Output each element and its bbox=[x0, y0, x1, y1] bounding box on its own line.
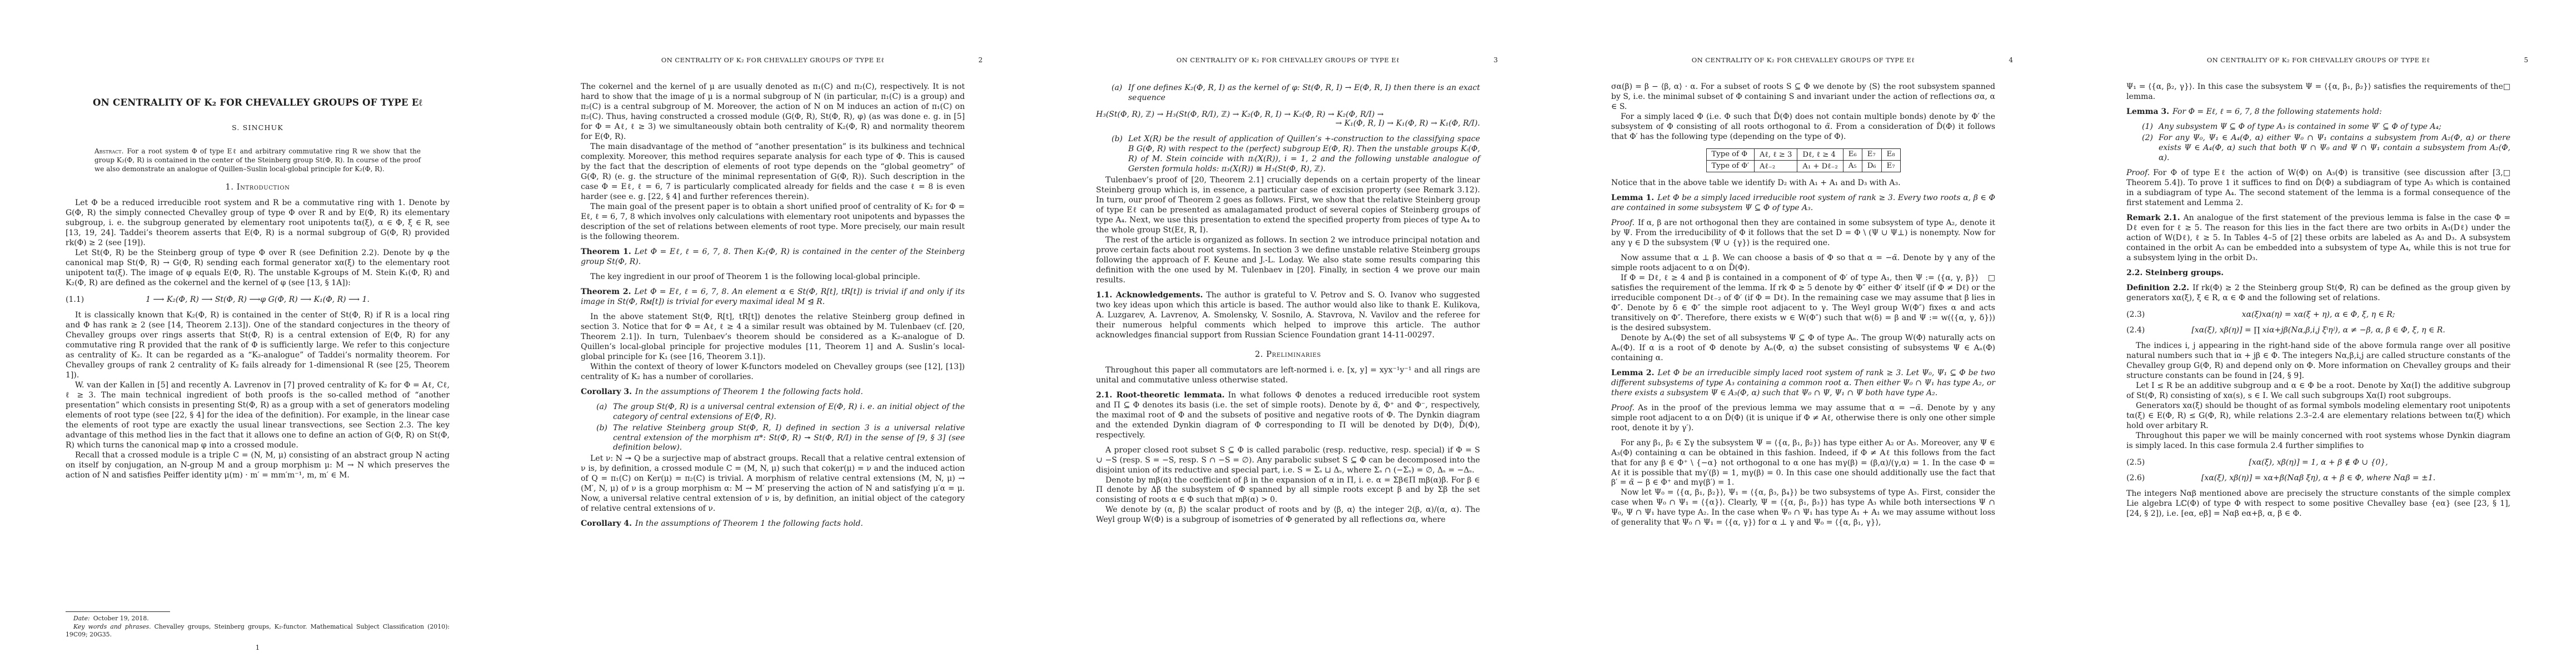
table-cell: Aℓ₋₂ bbox=[1755, 160, 1797, 172]
list-item-label: (1) bbox=[2142, 122, 2159, 132]
proof-label: Proof. bbox=[2126, 168, 2150, 177]
displayed-equation: (2.6)[xα(ξ), xβ(η)] = xα+β(Nαβ ξη), α + … bbox=[2126, 474, 2510, 482]
table-cell: A₅ bbox=[1843, 160, 1862, 172]
paragraph: Recall that a crossed module is a triple… bbox=[66, 451, 450, 481]
table-cell: E₇ bbox=[1862, 148, 1881, 160]
paragraph-text: σα(β) = β − ⟨β, α⟩ · α. For a subset of … bbox=[1611, 82, 1995, 111]
author-name: S. SINCHUK bbox=[66, 123, 450, 132]
page-number: 2 bbox=[978, 56, 983, 64]
table-cell: E₇ bbox=[1881, 160, 1900, 172]
list-item-label: (b) bbox=[1112, 135, 1128, 175]
proof-text: For Φ of type Eℓ the action of W(Φ) on A… bbox=[2126, 168, 2510, 207]
footnote-rule bbox=[66, 611, 170, 612]
paragraph: The indices i, j appearing in the right-… bbox=[2126, 341, 2510, 381]
paragraph: Notice that in the above table we identi… bbox=[1611, 178, 1995, 188]
paragraph-text: Recall that a crossed module is a triple… bbox=[66, 451, 450, 480]
equation-body: [xα(ξ), xβ(η)] = 1, α + β ∉ Φ ∪ {0}, bbox=[2126, 458, 2510, 467]
paragraph-text: For a simply laced Φ (i.e. Φ such that D… bbox=[1611, 112, 1995, 141]
paragraph-text: Now let Ψ₀ = ⟨{α, β₁, β₂}⟩, Ψ₁ = ⟨{α, β₃… bbox=[1611, 488, 1995, 527]
running-title: ON CENTRALITY OF K₂ FOR CHEVALLEY GROUPS… bbox=[1114, 56, 1462, 64]
paragraph: Within the context of theory of lower K-… bbox=[581, 362, 965, 382]
type-table-wrap: Type of ΦAℓ, ℓ ≥ 3Dℓ, ℓ ≥ 4E₆E₇E₈Type of… bbox=[1611, 148, 1995, 172]
paragraph-text: The key ingredient in our proof of Theor… bbox=[590, 272, 920, 281]
table-cell: D₆ bbox=[1862, 160, 1881, 172]
theorem-text: An analogue of the first statement of th… bbox=[2126, 213, 2510, 262]
theorem-text: For Φ = Eℓ, ℓ = 6, 7, 8 the following st… bbox=[2173, 107, 2382, 116]
theorem-label: Corollary 4. bbox=[581, 519, 632, 528]
paragraph: The integers Nαβ mentioned above are pre… bbox=[2126, 489, 2510, 519]
paragraph: Throughout this paper we will be mainly … bbox=[2126, 431, 2510, 451]
paragraph-text: Within the context of theory of lower K-… bbox=[581, 362, 965, 381]
theorem-label: Lemma 3. bbox=[2126, 107, 2169, 116]
paragraph: Let Φ be a reduced irreducible root syst… bbox=[66, 198, 450, 248]
running-title: ON CENTRALITY OF K₂ FOR CHEVALLEY GROUPS… bbox=[1629, 56, 1977, 64]
table-cell: Type of Φ′ bbox=[1706, 160, 1755, 172]
theorem: Remark 2.1.An analogue of the first stat… bbox=[2126, 213, 2510, 263]
theorem: Definition 2.2.If rk(Φ) ≥ 2 the Steinber… bbox=[2126, 283, 2510, 303]
paragraph: Tulenbaev’s proof of [20, Theorem 2.1] c… bbox=[1096, 176, 1480, 236]
paragraph: For a simply laced Φ (i.e. Φ such that D… bbox=[1611, 112, 1995, 142]
paragraph: The key ingredient in our proof of Theor… bbox=[581, 272, 965, 282]
paragraph-text: Let ν: N ↠ Q be a surjective map of abst… bbox=[581, 454, 965, 513]
abstract-label: Abstract. bbox=[94, 147, 123, 155]
theorem: Lemma 1.Let Φ be a simply laced irreduci… bbox=[1611, 193, 1995, 213]
page-body: (a)If one defines K₂(Φ, R, I) as the ker… bbox=[1096, 82, 1480, 667]
paragraph-text: Let St(Φ, R) be the Steinberg group of t… bbox=[66, 248, 450, 287]
paragraph: Generators xα(ξ) should be thought of as… bbox=[2126, 401, 2510, 431]
equation-line: → K₁(Φ, R, I) → K₁(Φ, R) → K₁(Φ, R/I). bbox=[1096, 119, 1480, 128]
qed-tombstone: □ bbox=[1979, 273, 1995, 283]
paragraph-text: Generators xα(ξ) should be thought of as… bbox=[2126, 401, 2510, 430]
paragraph: We denote by (α, β) the scalar product o… bbox=[1096, 505, 1480, 525]
qed-tombstone: □ bbox=[2503, 168, 2510, 178]
page-4: ON CENTRALITY OF K₂ FOR CHEVALLEY GROUPS… bbox=[1546, 0, 2061, 667]
paragraph: For any β₁, β₂ ∈ Σγ the subsystem Ψ = ⟨{… bbox=[1611, 439, 1995, 489]
list-item-text: Let X(R) be the result of application of… bbox=[1128, 135, 1480, 175]
paragraph: A proper closed root subset S ⊆ Φ is cal… bbox=[1096, 446, 1480, 476]
type-table: Type of ΦAℓ, ℓ ≥ 3Dℓ, ℓ ≥ 4E₆E₇E₈Type of… bbox=[1706, 148, 1901, 172]
footnote-line: Key words and phrases.Chevalley groups, … bbox=[66, 623, 450, 639]
equation-number: (2.3) bbox=[2126, 310, 2145, 319]
table-cell: Dℓ, ℓ ≥ 4 bbox=[1797, 148, 1843, 160]
paragraph-text: Let Φ be a reduced irreducible root syst… bbox=[66, 198, 450, 247]
page-2: ON CENTRALITY OF K₂ FOR CHEVALLEY GROUPS… bbox=[515, 0, 1030, 667]
displayed-equation: (1.1)1 ⟶ K₂(Φ, R) ⟶ St(Φ, R) ⟶φ G(Φ, R) … bbox=[66, 295, 450, 304]
paragraph: It is classically known that K₂(Φ, R) is… bbox=[66, 311, 450, 381]
document-canvas: arXiv:1502.02463v3 [math.GR] 14 Oct 2016… bbox=[0, 0, 2576, 667]
table-cell: Type of Φ bbox=[1706, 148, 1755, 160]
displayed-equation: (2.3)xα(ξ)xα(η) = xα(ξ + η), α ∈ Φ, ξ, η… bbox=[2126, 310, 2510, 319]
list-item: (b)The relative Steinberg group St(Φ, R,… bbox=[596, 424, 965, 454]
table-cell: Aℓ, ℓ ≥ 3 bbox=[1755, 148, 1797, 160]
proof: □Proof.For Φ of type Eℓ the action of W(… bbox=[2126, 168, 2510, 208]
equation-number: (1.1) bbox=[66, 295, 84, 304]
theorem-label: Definition 2.2. bbox=[2126, 283, 2189, 292]
theorem-label: Corollary 3. bbox=[581, 387, 632, 396]
theorem: Lemma 3.For Φ = Eℓ, ℓ = 6, 7, 8 the foll… bbox=[2126, 107, 2510, 117]
footnote-line: Date:October 19, 2018. bbox=[66, 615, 450, 623]
paragraph: σα(β) = β − ⟨β, α⟩ · α. For a subset of … bbox=[1611, 82, 1995, 112]
paragraph-text: Denote by Aₙ(Φ) the set of all subsystem… bbox=[1611, 333, 1995, 362]
table-cell: A₁ + Dℓ₋₂ bbox=[1797, 160, 1843, 172]
paragraph: Throughout this paper all commutators ar… bbox=[1096, 366, 1480, 386]
paragraph-text: We denote by (α, β) the scalar product o… bbox=[1096, 505, 1480, 524]
theorem-label: Lemma 1. bbox=[1611, 193, 1654, 202]
list-item: (1)Any subsystem Ψ ⊆ Φ of type A₃ is con… bbox=[2142, 122, 2510, 132]
list-item-label: (a) bbox=[596, 402, 613, 422]
page-3: ON CENTRALITY OF K₂ FOR CHEVALLEY GROUPS… bbox=[1030, 0, 1546, 667]
theorem: Theorem 2.Let Φ = Eℓ, ℓ = 6, 7, 8. An el… bbox=[581, 287, 965, 307]
equation-body: [xα(ξ), xβ(η)] = ∏ xiα+jβ(Nα,β,i,j ξⁱηʲ)… bbox=[2126, 326, 2510, 335]
equation-body: xα(ξ)xα(η) = xα(ξ + η), α ∈ Φ, ξ, η ∈ R; bbox=[2126, 310, 2510, 319]
theorem-text: Let Φ = Eℓ, ℓ = 6, 7, 8. An element α ∈ … bbox=[581, 287, 965, 306]
paragraph: Let ν: N ↠ Q be a surjective map of abst… bbox=[581, 454, 965, 514]
paragraph-text: In the above statement St(Φ, R[t], tR[t]… bbox=[581, 312, 965, 361]
abstract: Abstract.For a root system Φ of type Eℓ … bbox=[94, 147, 421, 173]
running-title: ON CENTRALITY OF K₂ FOR CHEVALLEY GROUPS… bbox=[2144, 56, 2493, 64]
list-item-text: For any Ψ₀, Ψ₁ ∈ A₄(Φ, α) either Ψ₀ ∩ Ψ₁… bbox=[2159, 133, 2510, 163]
displayed-equation: H₃(St(Φ, R), ℤ) → H₃(St(Φ, R/I), ℤ) → K₂… bbox=[1096, 110, 1480, 128]
paragraph-text: Ψ₁ = ⟨{α, β₂, γ}⟩. In this case the subs… bbox=[2126, 82, 2503, 101]
paragraph: The main goal of the present paper is to… bbox=[581, 202, 965, 242]
table-cell: E₆ bbox=[1843, 148, 1862, 160]
footnote-text: October 19, 2018. bbox=[93, 615, 149, 622]
list-item-text: The group St(Φ, R) is a universal centra… bbox=[613, 402, 965, 422]
paragraph-text: Throughout this paper we will be mainly … bbox=[2126, 431, 2510, 450]
theorem-label: Theorem 1. bbox=[581, 247, 631, 256]
abstract-text: For a root system Φ of type Eℓ and arbit… bbox=[94, 147, 421, 173]
paragraph-text: A proper closed root subset S ⊆ Φ is cal… bbox=[1096, 446, 1480, 475]
table-row: Type of ΦAℓ, ℓ ≥ 3Dℓ, ℓ ≥ 4E₆E₇E₈ bbox=[1706, 148, 1900, 160]
list-item-text: Any subsystem Ψ ⊆ Φ of type A₃ is contai… bbox=[2159, 122, 2510, 132]
page-1: ON CENTRALITY OF K₂ FOR CHEVALLEY GROUPS… bbox=[0, 0, 515, 667]
theorem-text: In the assumptions of Theorem 1 the foll… bbox=[635, 387, 863, 396]
equation-body: [xα(ξ), xβ(η)] = xα+β(Nαβ ξη), α + β ∈ Φ… bbox=[2126, 474, 2510, 482]
list-item: (a)The group St(Φ, R) is a universal cen… bbox=[596, 402, 965, 422]
page-body: The cokernel and the kernel of μ are usu… bbox=[581, 82, 965, 667]
page-number: 1 bbox=[256, 644, 260, 651]
qed-tombstone: □ bbox=[2503, 82, 2510, 92]
paragraph-text: Notice that in the above table we identi… bbox=[1611, 178, 1901, 187]
list-item-text: The relative Steinberg group St(Φ, R, I)… bbox=[613, 424, 965, 454]
theorem: Lemma 2.Let Φ be an irreducible simply l… bbox=[1611, 369, 1995, 399]
section-heading: 1. Introduction bbox=[66, 183, 450, 192]
theorem-label: Lemma 2. bbox=[1611, 369, 1655, 377]
proof-label: Proof. bbox=[1611, 218, 1635, 227]
section-heading: 2. Preliminaries bbox=[1096, 350, 1480, 359]
theorem: Corollary 4.In the assumptions of Theore… bbox=[581, 519, 965, 529]
subsection-label: 2.1. Root-theoretic lemmata. bbox=[1096, 391, 1225, 400]
footnote-lead: Key words and phrases. bbox=[73, 623, 151, 630]
paragraph-text: It is classically known that K₂(Φ, R) is… bbox=[66, 311, 450, 380]
paragraph-text: The integers Nαβ mentioned above are pre… bbox=[2126, 489, 2510, 518]
subsection-label: 2.2. Steinberg groups. bbox=[2126, 268, 2224, 277]
proof: Proof.As in the proof of the previous le… bbox=[1611, 404, 1995, 434]
paragraph: Denote by Aₙ(Φ) the set of all subsystem… bbox=[1611, 333, 1995, 364]
paragraph: □If Φ = Dℓ, ℓ ≥ 4 and β is contained in … bbox=[1611, 273, 1995, 333]
paragraph-text: The main goal of the present paper is to… bbox=[581, 202, 965, 241]
proof-text: As in the proof of the previous lemma we… bbox=[1611, 404, 1995, 432]
paragraph-text: Tulenbaev’s proof of [20, Theorem 2.1] c… bbox=[1096, 176, 1480, 235]
paragraph: In the above statement St(Φ, R[t], tR[t]… bbox=[581, 312, 965, 362]
page-number: 4 bbox=[2009, 56, 2013, 64]
list-item-label: (2) bbox=[2142, 133, 2159, 163]
paragraph-text: Now assume that α ⊥ β. We can choose a b… bbox=[1611, 253, 1995, 272]
paragraph-text: The main disadvantage of the method of “… bbox=[581, 142, 965, 201]
footnote-lead: Date: bbox=[73, 615, 90, 622]
footnote: Date:October 19, 2018.Key words and phra… bbox=[66, 611, 450, 639]
table-cell: E₈ bbox=[1881, 148, 1900, 160]
paragraph: The cokernel and the kernel of μ are usu… bbox=[581, 82, 965, 142]
paragraph: Now let Ψ₀ = ⟨{α, β₁, β₂}⟩, Ψ₁ = ⟨{α, β₃… bbox=[1611, 488, 1995, 528]
running-title: ON CENTRALITY OF K₂ FOR CHEVALLEY GROUPS… bbox=[599, 56, 947, 64]
theorem: Theorem 1.Let Φ = Eℓ, ℓ = 6, 7, 8. Then … bbox=[581, 247, 965, 267]
page-body: ON CENTRALITY OF K₂ FOR CHEVALLEY GROUPS… bbox=[66, 82, 450, 667]
theorem-text: Let Φ be an irreducible simply laced roo… bbox=[1611, 369, 1995, 397]
subsection-heading: 2.1. Root-theoretic lemmata.In what foll… bbox=[1096, 391, 1480, 441]
equation-body: 1 ⟶ K₂(Φ, R) ⟶ St(Φ, R) ⟶φ G(Φ, R) ⟶ K₁(… bbox=[66, 295, 450, 304]
paragraph: Let I ≤ R be an additive subgroup and α … bbox=[2126, 381, 2510, 401]
displayed-equation: (2.4)[xα(ξ), xβ(η)] = ∏ xiα+jβ(Nα,β,i,j … bbox=[2126, 326, 2510, 335]
equation-number: (2.4) bbox=[2126, 326, 2145, 335]
paragraph: W. van der Kallen in [5] and recently A.… bbox=[66, 381, 450, 451]
theorem-text: Let Φ = Eℓ, ℓ = 6, 7, 8. Then K₂(Φ, R) i… bbox=[581, 247, 965, 266]
paragraph-text: For any β₁, β₂ ∈ Σγ the subsystem Ψ = ⟨{… bbox=[1611, 439, 1995, 487]
paragraph-text: W. van der Kallen in [5] and recently A.… bbox=[66, 381, 450, 450]
theorem-label: Remark 2.1. bbox=[2126, 213, 2180, 222]
theorem-text: In the assumptions of Theorem 1 the foll… bbox=[635, 519, 863, 528]
list-item: (a)If one defines K₂(Φ, R, I) as the ker… bbox=[1112, 83, 1480, 103]
page-5: ON CENTRALITY OF K₂ FOR CHEVALLEY GROUPS… bbox=[2061, 0, 2576, 667]
theorem: Corollary 3.In the assumptions of Theore… bbox=[581, 387, 965, 397]
paragraph: The main disadvantage of the method of “… bbox=[581, 142, 965, 202]
paragraph-text: Throughout this paper all commutators ar… bbox=[1096, 366, 1480, 385]
paragraph: □Ψ₁ = ⟨{α, β₂, γ}⟩. In this case the sub… bbox=[2126, 82, 2510, 102]
paragraph-text: The indices i, j appearing in the right-… bbox=[2126, 341, 2510, 380]
equation-number: (2.5) bbox=[2126, 458, 2145, 467]
paragraph-text: The cokernel and the kernel of μ are usu… bbox=[581, 82, 965, 141]
paragraph: Let St(Φ, R) be the Steinberg group of t… bbox=[66, 248, 450, 288]
list-item: (b)Let X(R) be the result of application… bbox=[1112, 135, 1480, 175]
proof-label: Proof. bbox=[1611, 404, 1635, 412]
theorem-label: Theorem 2. bbox=[581, 287, 631, 296]
list-item-label: (b) bbox=[596, 424, 613, 454]
list-item-text: If one defines K₂(Φ, R, I) as the kernel… bbox=[1128, 83, 1480, 103]
subsection-label: 1.1. Acknowledgements. bbox=[1096, 291, 1203, 300]
paragraph: Now assume that α ⊥ β. We can choose a b… bbox=[1611, 253, 1995, 273]
theorem-text: Let Φ be a simply laced irreducible root… bbox=[1611, 193, 1995, 212]
paragraph: The rest of the article is organized as … bbox=[1096, 236, 1480, 286]
paper-title: ON CENTRALITY OF K₂ FOR CHEVALLEY GROUPS… bbox=[66, 97, 450, 108]
paragraph: Denote by mβ(α) the coefficient of β in … bbox=[1096, 476, 1480, 506]
equation-line: H₃(St(Φ, R), ℤ) → H₃(St(Φ, R/I), ℤ) → K₂… bbox=[1096, 110, 1480, 119]
page-body: □Ψ₁ = ⟨{α, β₂, γ}⟩. In this case the sub… bbox=[2126, 82, 2510, 667]
paragraph-text: Let I ≤ R be an additive subgroup and α … bbox=[2126, 381, 2510, 400]
page-number: 5 bbox=[2524, 56, 2528, 64]
paragraph-text: If Φ = Dℓ, ℓ ≥ 4 and β is contained in a… bbox=[1611, 273, 1995, 332]
paragraph-text: Denote by mβ(α) the coefficient of β in … bbox=[1096, 476, 1480, 505]
list-item-label: (a) bbox=[1112, 83, 1128, 103]
table-row: Type of Φ′Aℓ₋₂A₁ + Dℓ₋₂A₅D₆E₇ bbox=[1706, 160, 1900, 172]
page-body: σα(β) = β − ⟨β, α⟩ · α. For a subset of … bbox=[1611, 82, 1995, 667]
proof: Proof.If α, β are not orthogonal then th… bbox=[1611, 218, 1995, 248]
paragraph-text: The rest of the article is organized as … bbox=[1096, 236, 1480, 285]
page-footer: 1 bbox=[0, 644, 515, 651]
subsection-heading: 1.1. Acknowledgements.The author is grat… bbox=[1096, 291, 1480, 341]
displayed-equation: (2.5)[xα(ξ), xβ(η)] = 1, α + β ∉ Φ ∪ {0}… bbox=[2126, 458, 2510, 467]
equation-number: (2.6) bbox=[2126, 474, 2145, 482]
subsection-heading: 2.2. Steinberg groups. bbox=[2126, 268, 2510, 278]
list-item: (2)For any Ψ₀, Ψ₁ ∈ A₄(Φ, α) either Ψ₀ ∩… bbox=[2142, 133, 2510, 163]
proof-text: If α, β are not orthogonal then they are… bbox=[1611, 218, 1995, 247]
page-number: 3 bbox=[1493, 56, 1498, 64]
